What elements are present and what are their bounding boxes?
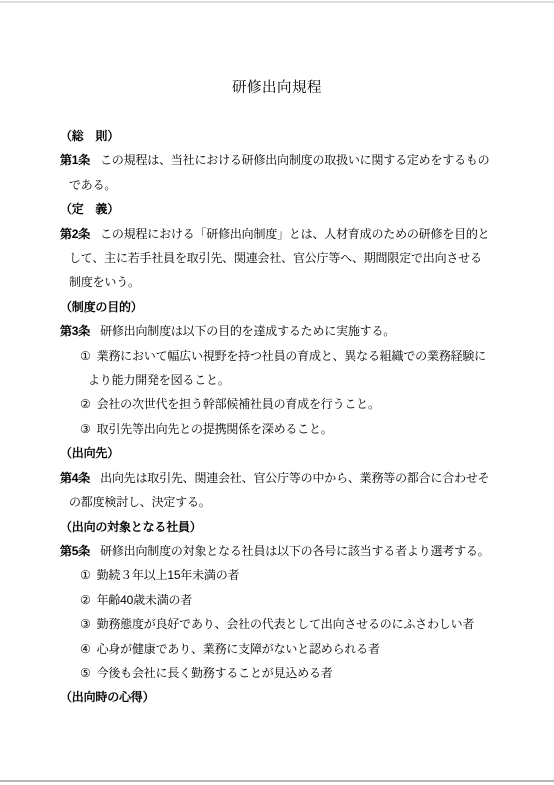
article-number: 第5条	[60, 544, 90, 558]
item-number: ⑤	[80, 666, 91, 680]
numbered-item: ①勤続３年以上15年未満の者	[60, 563, 492, 587]
article-number: 第2条	[60, 227, 90, 241]
section-heading: （定 義）	[60, 197, 492, 221]
article-number: 第1条	[60, 153, 90, 167]
bottom-edge-line	[0, 780, 554, 782]
article-paragraph: 第5条研修出向制度の対象となる社員は以下の各号に該当する者より選考する。	[60, 539, 492, 563]
article-paragraph: 第1条この規程は、当社における研修出向制度の取扱いに関する定めをするものである。	[60, 148, 492, 197]
numbered-item: ②会社の次世代を担う幹部候補社員の育成を行うこと。	[60, 392, 492, 416]
item-text: 業務において幅広い視野を持つ社員の育成と、異なる組織での業務経験により能力開発を…	[88, 349, 486, 387]
article-number: 第3条	[60, 324, 90, 338]
numbered-item: ④心身が健康であり、業務に支障がないと認められる者	[60, 637, 492, 661]
section-heading: （総 則）	[60, 124, 492, 148]
item-number: ②	[80, 397, 91, 411]
numbered-item: ⑤今後も会社に長く勤務することが見込める者	[60, 661, 492, 685]
article-text: この規程は、当社における研修出向制度の取扱いに関する定めをするものである。	[69, 153, 489, 191]
article-text: 出向先は取引先、関連会社、官公庁等の中から、業務等の都合に合わせその都度検討し、…	[69, 471, 489, 509]
item-number: ②	[80, 593, 91, 607]
section-heading: （制度の目的）	[60, 295, 492, 319]
section-heading: （出向の対象となる社員）	[60, 515, 492, 539]
item-text: 会社の次世代を担う幹部候補社員の育成を行うこと。	[97, 397, 380, 411]
document-body: （総 則）第1条この規程は、当社における研修出向制度の取扱いに関する定めをするも…	[60, 124, 492, 710]
item-text: 年齢40歳未満の者	[97, 593, 193, 607]
section-heading: （出向先）	[60, 441, 492, 465]
article-paragraph: 第3条研修出向制度は以下の目的を達成するために実施する。	[60, 319, 492, 343]
item-number: ①	[80, 349, 91, 363]
article-number: 第4条	[60, 471, 90, 485]
article-text: この規程における「研修出向制度」とは、人材育成のための研修を目的として、主に若手…	[69, 227, 489, 290]
item-number: ③	[80, 422, 91, 436]
item-number: ④	[80, 642, 91, 656]
top-edge-line	[0, 1, 554, 3]
article-text: 研修出向制度の対象となる社員は以下の各号に該当する者より選考する。	[100, 544, 489, 558]
item-number: ③	[80, 617, 91, 631]
numbered-item: ③勤務態度が良好であり、会社の代表として出向させるのにふさわしい者	[60, 612, 492, 636]
article-paragraph: 第4条出向先は取引先、関連会社、官公庁等の中から、業務等の都合に合わせその都度検…	[60, 466, 492, 515]
article-paragraph: 第2条この規程における「研修出向制度」とは、人材育成のための研修を目的として、主…	[60, 222, 492, 295]
document-page: 研修出向規程 （総 則）第1条この規程は、当社における研修出向制度の取扱いに関す…	[0, 0, 554, 785]
article-text: 研修出向制度は以下の目的を達成するために実施する。	[100, 324, 395, 338]
item-text: 勤務態度が良好であり、会社の代表として出向させるのにふさわしい者	[97, 617, 475, 631]
item-text: 取引先等出向先との提携関係を深めること。	[97, 422, 333, 436]
item-number: ①	[80, 568, 91, 582]
numbered-item: ①業務において幅広い視野を持つ社員の育成と、異なる組織での業務経験により能力開発…	[60, 344, 492, 393]
numbered-item: ②年齢40歳未満の者	[60, 588, 492, 612]
item-text: 勤続３年以上15年未満の者	[97, 568, 240, 582]
section-heading: （出向時の心得）	[60, 685, 492, 709]
item-text: 心身が健康であり、業務に支障がないと認められる者	[97, 642, 380, 656]
document-title: 研修出向規程	[0, 76, 554, 97]
numbered-item: ③取引先等出向先との提携関係を深めること。	[60, 417, 492, 441]
item-text: 今後も会社に長く勤務することが見込める者	[97, 666, 333, 680]
